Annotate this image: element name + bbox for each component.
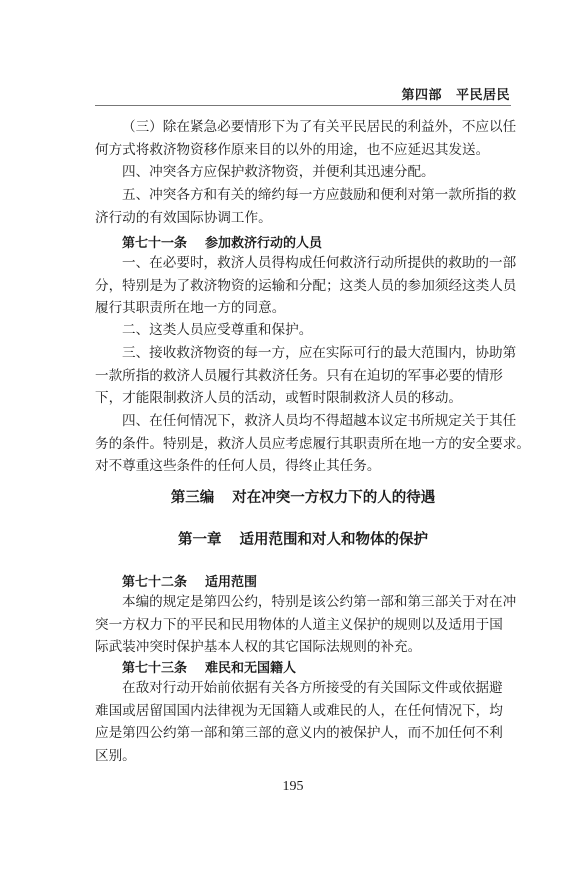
paragraph-71-1: 一、在必要时，救济人员得构成任何救济行动所提供的救助的一部 分，特别是为了救济物… — [95, 252, 513, 320]
text-line: 五、冲突各方和有关的缔约每一方应鼓励和便利对第一款所指的救 — [95, 184, 513, 207]
paragraph-coordination: 五、冲突各方和有关的缔约每一方应鼓励和便利对第一款所指的救 济行动的有效国际协调… — [95, 184, 513, 229]
article-title: 适用范围 — [205, 575, 257, 590]
text-line: 一款所指的救济人员履行其救济任务。只有在迫切的军事必要的情形 — [95, 365, 513, 388]
text-line: 履行其职责所在地一方的同意。 — [95, 297, 513, 320]
text-line: 对不尊重这些条件的任何人员，得终止其任务。 — [95, 455, 513, 478]
header-part: 第四部 — [401, 88, 442, 103]
text-line: 本编的规定是第四公约，特别是该公约第一部和第三部关于对在冲 — [95, 591, 513, 614]
article-72-heading: 第七十二条适用范围 — [122, 571, 257, 590]
text-line: 济行动的有效国际协调工作。 — [95, 207, 513, 230]
text-line: 三、接收救济物资的每一方，应在实际可行的最大范围内，协助第 — [95, 342, 513, 365]
text-line: 应是第四公约第一部和第三部的意义内的被保护人，而不加任何不利 — [95, 722, 513, 745]
section-number: 第三编 — [171, 490, 215, 506]
text-line: 突一方权力下的平民和民用物体的人道主义保护的规则以及适用于国 — [95, 614, 513, 637]
text-line: 际武装冲突时保护基本人权的其它国际法规则的补充。 — [95, 636, 513, 659]
text-line: 难国或居留国国内法律视为无国籍人或难民的人，在任何情况下，均 — [95, 700, 513, 723]
text-line: 区别。 — [95, 745, 513, 768]
paragraph-71-3: 三、接收救济物资的每一方，应在实际可行的最大范围内，协助第 一款所指的救济人员履… — [95, 342, 513, 410]
article-number: 第七十三条 — [122, 661, 187, 676]
chapter-title: 适用范围和对人和物体的保护 — [240, 531, 429, 548]
text-line: 四、在任何情况下，救济人员均不得超越本议定书所规定关于其任 — [95, 410, 513, 433]
chapter-heading: 第一章适用范围和对人和物体的保护 — [95, 528, 511, 549]
chapter-number: 第一章 — [178, 531, 222, 548]
text-line: 下，才能限制救济人员的活动，或暂时限制救济人员的移动。 — [95, 387, 513, 410]
article-number: 第七十二条 — [122, 575, 187, 590]
article-title: 参加救济行动的人员 — [205, 236, 322, 251]
section-heading: 第三编对在冲突一方权力下的人的待遇 — [95, 486, 511, 507]
text-line: 何方式将救济物资移作原来目的以外的用途，也不应延迟其发送。 — [95, 139, 513, 162]
article-73-heading: 第七十三条难民和无国籍人 — [122, 657, 296, 676]
text-line: 分，特别是为了救济物资的运输和分配；这类人员的参加须经这类人员 — [95, 275, 513, 298]
article-title: 难民和无国籍人 — [205, 661, 296, 676]
paragraph-relief-use: （三）除在紧急必要情形下为了有关平民居民的利益外，不应以任 何方式将救济物资移作… — [95, 116, 513, 161]
text-line: 一、在必要时，救济人员得构成任何救济行动所提供的救助的一部 — [95, 252, 513, 275]
text-line: 二、这类人员应受尊重和保护。 — [95, 319, 513, 342]
text-line: （三）除在紧急必要情形下为了有关平民居民的利益外，不应以任 — [95, 116, 513, 139]
text-line: 务的条件。特别是，救济人员应考虑履行其职责所在地一方的安全要求。 — [95, 433, 513, 456]
page-number: 195 — [0, 779, 586, 795]
section-title: 对在冲突一方权力下的人的待遇 — [232, 490, 435, 506]
running-header: 第四部平民居民 — [95, 84, 510, 103]
article-number: 第七十一条 — [122, 236, 187, 251]
header-rule — [95, 105, 511, 106]
text-line: 四、冲突各方应保护救济物资，并便利其迅速分配。 — [95, 161, 513, 184]
paragraph-72: 本编的规定是第四公约，特别是该公约第一部和第三部关于对在冲 突一方权力下的平民和… — [95, 591, 513, 659]
paragraph-71-2: 二、这类人员应受尊重和保护。 — [95, 319, 513, 342]
article-71-heading: 第七十一条参加救济行动的人员 — [122, 232, 322, 251]
header-title: 平民居民 — [456, 88, 510, 103]
paragraph-71-4: 四、在任何情况下，救济人员均不得超越本议定书所规定关于其任 务的条件。特别是，救… — [95, 410, 513, 478]
paragraph-protect-relief: 四、冲突各方应保护救济物资，并便利其迅速分配。 — [95, 161, 513, 184]
text-line: 在敌对行动开始前依据有关各方所接受的有关国际文件或依据避 — [95, 677, 513, 700]
paragraph-73: 在敌对行动开始前依据有关各方所接受的有关国际文件或依据避 难国或居留国国内法律视… — [95, 677, 513, 767]
